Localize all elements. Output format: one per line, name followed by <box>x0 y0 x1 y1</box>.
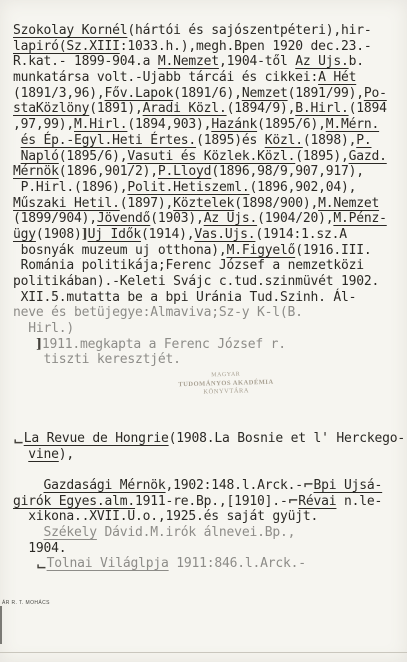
text-segment: (1908) <box>36 227 82 242</box>
text-segment: (1895/6), <box>257 117 326 132</box>
text-segment: lapiró(Sz.XIII <box>13 39 120 54</box>
text-line: (1899/904),Jövendő(1903),Az Ujs.(1904/20… <box>13 211 407 227</box>
text-segment: ,1902:148.l.Arck.- <box>166 478 303 493</box>
text-line: politikában).-Keleti Svájc c.tud.szinmüv… <box>13 274 407 290</box>
text-segment: M.Mérn. <box>326 117 379 132</box>
text-line: Szokolay Kornél(hártói és sajószentpéter… <box>13 23 407 39</box>
text-segment: Polit.Hetiszeml. <box>127 180 249 195</box>
text-line: Hirl.) <box>13 321 407 337</box>
text-segment: (1895), <box>295 149 348 164</box>
text-line: ]1911.megkapta a Ferenc József r. <box>13 337 407 353</box>
text-line: ügy(1908)]Uj Idők(1914),Vas.Ujs.(1914:1.… <box>13 227 407 243</box>
typewritten-text-block: Szokolay Kornél(hártói és sajószentpéter… <box>13 23 407 572</box>
text-line: és Ép.-Egyl.Heti Értes.(1895)és Közl.(18… <box>13 133 407 149</box>
text-segment <box>13 509 28 524</box>
text-line: Székely Dávid.M.irók álnevei.Bp., <box>13 525 407 541</box>
text-segment: (1897), <box>120 196 173 211</box>
text-segment: M.Nemzet <box>158 54 219 69</box>
text-segment <box>13 478 44 493</box>
text-segment: munkatársa volt.-Ujabb tárcái és cikkei: <box>13 70 318 85</box>
text-segment: ), <box>59 447 74 462</box>
text-segment: Aradi Közl. <box>143 101 227 116</box>
text-segment: (1895/6), <box>59 149 128 164</box>
text-segment: (1914:1.sz.A <box>255 227 347 242</box>
text-segment: tiszti keresztjét. <box>44 352 181 367</box>
text-segment: P. <box>356 133 371 148</box>
text-segment: Vasuti és Közlek.Közl. <box>127 149 295 164</box>
text-segment: Uj Idők <box>88 227 141 242</box>
text-line: P.Hirl.(1896),Polit.Hetiszeml.(1896,902,… <box>13 180 407 196</box>
text-segment: Nemzet <box>242 86 288 101</box>
handwritten-mark: ⌐ <box>13 433 24 449</box>
text-segment: (1894/9), <box>227 101 296 116</box>
text-segment: (1896,98/9,907,917), <box>211 164 364 179</box>
text-segment: (1899/904), <box>13 211 97 226</box>
text-segment: Dávid.M.irók álnevei.Bp., <box>97 525 295 540</box>
text-segment: M.Hirl. <box>74 117 127 132</box>
text-segment: (1894 <box>349 101 387 116</box>
scan-artifact-hairline <box>0 652 407 653</box>
text-segment: Közl. <box>265 133 303 148</box>
text-segment: M.Figyelő <box>227 243 296 258</box>
text-segment: (1891/3,96), <box>13 86 105 101</box>
scanned-lexicon-card: Szokolay Kornél(hártói és sajószentpéter… <box>0 0 407 662</box>
text-segment: Főv.Lapok <box>105 86 174 101</box>
text-segment: P.Lloyd <box>158 164 211 179</box>
scan-artifact-edge <box>0 606 2 644</box>
text-segment <box>13 243 21 258</box>
text-segment: Az Ujs. <box>295 54 348 69</box>
text-segment <box>13 352 44 367</box>
text-segment: Gazdasági Mérnök <box>44 478 166 493</box>
text-segment: A Hét <box>318 70 356 85</box>
blank-line <box>13 462 407 478</box>
text-segment: (hártói és sajószentpéteri),hir- <box>127 23 371 38</box>
text-segment: (1898), <box>303 133 356 148</box>
text-segment <box>13 258 21 273</box>
text-line: Gazdasági Mérnök,1902:148.l.Arck.-⌐Bpi U… <box>13 478 407 494</box>
text-segment: P.Hirl.(1896), <box>21 180 128 195</box>
text-segment <box>13 541 28 556</box>
text-segment: Műszaki Hetil. <box>13 196 120 211</box>
text-line: 1904. <box>13 541 407 557</box>
blank-line <box>13 415 407 431</box>
text-line: ,97,99),M.Hirl.(1894,903),Hazánk(1895/6)… <box>13 117 407 133</box>
text-segment <box>13 149 21 164</box>
library-stamp: MAGYAR TUDOMÁNYOS AKADÉMIA KÖNYVTÁRA <box>176 370 277 398</box>
text-segment: (1896,901/2), <box>59 164 158 179</box>
text-segment: Bpi Ujsá- <box>314 478 383 493</box>
text-line: girók Egyes.alm.1911-re.Bp.,[1910].-⌐Rév… <box>13 494 407 510</box>
blank-line <box>13 400 407 416</box>
text-segment: Hirl.) <box>28 321 74 336</box>
text-segment: b. <box>349 54 364 69</box>
text-segment: (1895)és <box>196 133 265 148</box>
handwritten-mark: ⌐ <box>288 494 299 509</box>
text-line: Műszaki Hetil.(1897),Köztelek(1898/900),… <box>13 196 407 212</box>
text-segment <box>13 337 36 352</box>
text-segment: Mérnök <box>13 164 59 179</box>
text-segment: Szokolay Kornél <box>13 23 127 38</box>
text-segment <box>13 525 44 540</box>
text-segment: La Revue de Hongrie <box>24 431 169 446</box>
text-segment: Po- <box>364 86 387 101</box>
text-line: XII.5.mutatta be a bpi Uránia Tud.Szinh.… <box>13 290 407 306</box>
text-segment: 1911-re.Bp.,[1910].- <box>135 494 288 509</box>
text-segment: Székely <box>44 525 97 540</box>
text-line: ⌐La Revue de Hongrie(1908.La Bosnie et l… <box>13 431 407 447</box>
handwritten-mark: ⌐ <box>36 558 47 574</box>
text-segment: (1903), <box>150 211 203 226</box>
text-segment: xikona..XVII.U.o.,1925.és saját gyüjt. <box>28 509 318 524</box>
text-line: lapiró(Sz.XIII:1033.h.),megh.Bpen 1920 d… <box>13 39 407 55</box>
text-segment: ,97,99), <box>13 117 74 132</box>
text-segment: Hazánk <box>211 117 257 132</box>
text-segment: 1904. <box>28 541 66 556</box>
text-segment: és Ép.-Egyl.Heti Értes. <box>21 133 196 148</box>
text-line: bosnyák muzeum uj otthona),M.Figyelő(191… <box>13 243 407 259</box>
text-segment: M.Pénz- <box>333 211 386 226</box>
text-segment: (1916.III. <box>295 243 371 258</box>
text-segment: ügy <box>13 227 36 242</box>
text-segment: neve és betüjegye:Almaviva;Sz-y K-l(B. <box>13 305 303 320</box>
text-line: munkatársa volt.-Ujabb tárcái és cikkei:… <box>13 70 407 86</box>
text-segment: Napló <box>21 149 59 164</box>
text-line: Napló(1895/6),Vasuti és Közlek.Közl.(189… <box>13 149 407 165</box>
text-segment: vine <box>28 447 59 462</box>
text-segment: bosnyák muzeum uj otthona), <box>21 243 227 258</box>
text-segment: (1898/900), <box>234 196 318 211</box>
text-line: vine), <box>13 447 407 463</box>
text-segment: (1896,902,04), <box>249 180 356 195</box>
text-line: R.kat.- 1899-904.a M.Nemzet,1904-től Az … <box>13 54 407 70</box>
text-segment: Köztelek <box>173 196 234 211</box>
text-segment: Az Ujs. <box>204 211 257 226</box>
text-segment: Románia politikája;Ferenc József a nemze… <box>21 258 364 273</box>
text-segment: (1914), <box>141 227 194 242</box>
text-line: neve és betüjegye:Almaviva;Sz-y K-l(B. <box>13 305 407 321</box>
text-segment: (1894,903), <box>127 117 211 132</box>
text-segment: XII.5.mutatta be a bpi Uránia Tud.Szinh.… <box>21 290 357 305</box>
text-segment: M.Nemzet <box>318 196 379 211</box>
text-segment <box>13 290 21 305</box>
text-segment: B.Hirl. <box>295 101 348 116</box>
text-segment: 1911:846.l.Arck.- <box>169 556 306 571</box>
text-segment <box>13 556 36 571</box>
text-segment: (1891/99), <box>288 86 364 101</box>
text-segment: R.kat.- 1899-904.a <box>13 54 158 69</box>
text-line: Mérnök(1896,901/2),P.Lloyd(1896,98/9,907… <box>13 164 407 180</box>
text-segment: 1911.megkapta a Ferenc József r. <box>42 337 286 352</box>
text-segment: ,1904-től <box>219 54 295 69</box>
text-segment: staKözlöny <box>13 101 89 116</box>
text-line: (1891/3,96),Főv.Lapok(1891/6),Nemzet(189… <box>13 86 407 102</box>
text-segment: :1033.h.),megh.Bpen 1920 dec.23.- <box>120 39 372 54</box>
text-segment: Gazd. <box>349 149 387 164</box>
text-segment: Vas.Ujs. <box>194 227 255 242</box>
text-line: staKözlöny(1891),Aradi Közl.(1894/9),B.H… <box>13 101 407 117</box>
text-line: Románia politikája;Ferenc József a nemze… <box>13 258 407 274</box>
text-line: xikona..XVII.U.o.,1925.és saját gyüjt. <box>13 509 407 525</box>
text-segment <box>13 321 28 336</box>
text-line: ⌐Tolnai Világlpja 1911:846.l.Arck.- <box>13 556 407 572</box>
text-line: tiszti keresztjét. <box>13 352 407 368</box>
text-segment <box>13 447 28 462</box>
text-segment: (1891), <box>89 101 142 116</box>
text-segment: (1891/6), <box>173 86 242 101</box>
text-segment <box>13 133 21 148</box>
text-segment: Jövendő <box>97 211 150 226</box>
text-segment: girók Egyes.alm. <box>13 494 135 509</box>
text-segment: Tolnai Világlpja <box>47 556 169 571</box>
text-segment <box>13 180 21 195</box>
text-segment: Révai <box>298 494 336 509</box>
handwritten-mark: ⌐ <box>303 478 314 493</box>
text-segment: politikában).-Keleti Svájc c.tud.szinmüv… <box>13 274 379 289</box>
text-segment: (1908.La Bosnie et l' Herckego- <box>169 431 405 446</box>
text-segment: (1904/20), <box>257 211 333 226</box>
printer-mark: ÁR R. T. MOHÁCS <box>2 600 50 606</box>
text-segment: n.le- <box>336 494 382 509</box>
